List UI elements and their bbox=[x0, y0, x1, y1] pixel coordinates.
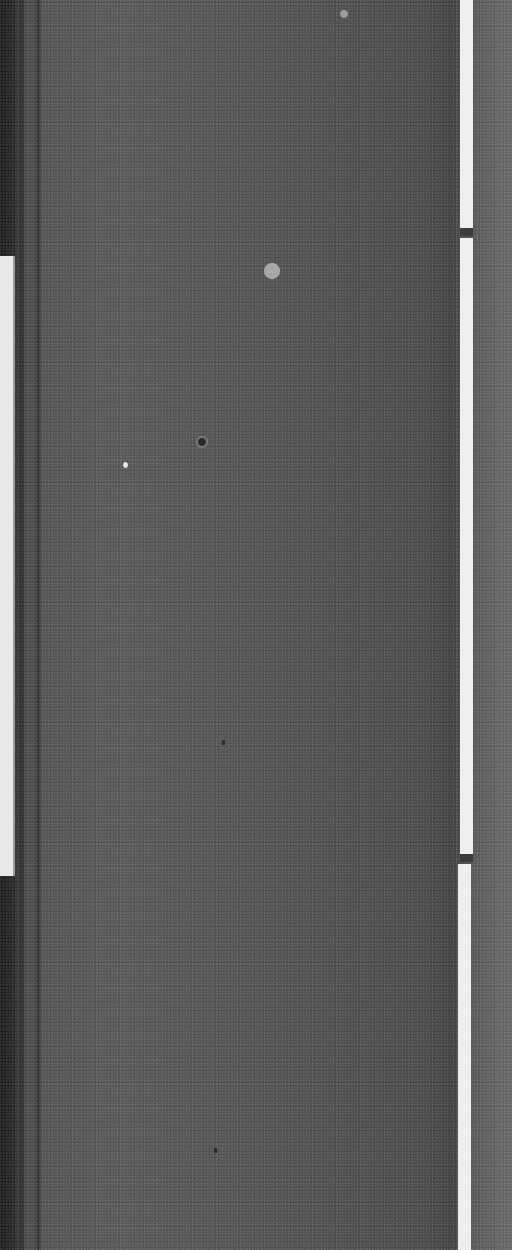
lane-dash-segment bbox=[460, 238, 473, 854]
lane-dash-segment bbox=[460, 0, 473, 228]
road-surface: Top-down view of asphalt road lane bbox=[0, 0, 512, 1250]
lane-dash-gap bbox=[460, 854, 473, 862]
dark-stain bbox=[214, 1148, 217, 1153]
pavement-spot bbox=[340, 10, 348, 18]
pothole-spot bbox=[198, 438, 206, 446]
dark-stain bbox=[222, 740, 225, 745]
left-solid-edge-line bbox=[0, 256, 13, 876]
lane-dash-gap bbox=[460, 228, 473, 236]
pavement-spot bbox=[123, 462, 128, 468]
pavement-spot bbox=[264, 263, 280, 279]
asphalt-texture bbox=[0, 0, 512, 1250]
lane-dash-segment bbox=[458, 864, 471, 1250]
